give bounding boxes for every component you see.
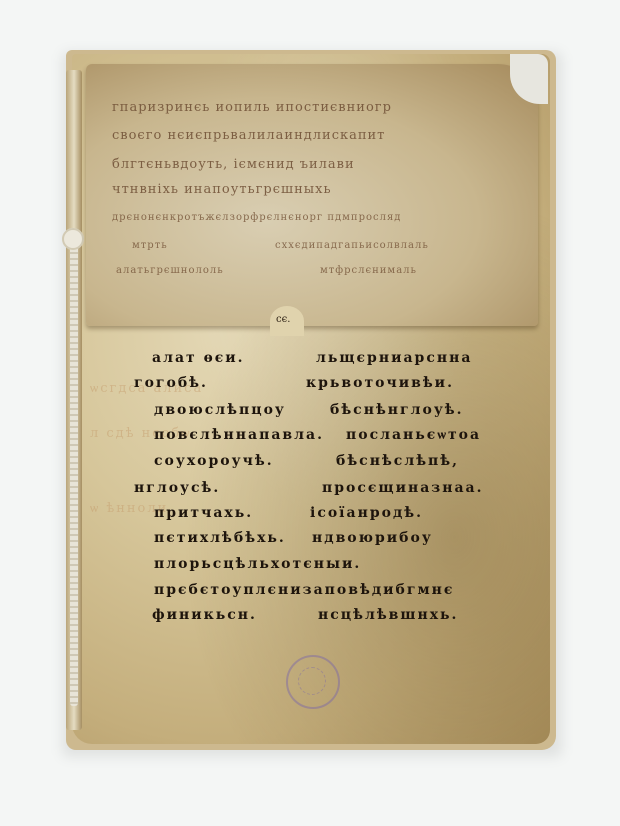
text-line-left: пєтихлѣбѣхь. — [154, 530, 286, 546]
fragment-marginalia: мтфрслєнималь — [320, 265, 417, 276]
text-line-left: двоюслѣпцоу — [154, 402, 286, 418]
text-line-left: соухороучѣ. — [154, 453, 274, 469]
text-line-left: повєлѣннапавла. — [154, 427, 324, 443]
library-stamp — [286, 655, 340, 709]
text-line-left: притчахь. — [154, 505, 253, 521]
notch-label: сє. — [276, 314, 290, 325]
text-line-left: прєбєтоуплєнизаповѣдибгмнє — [154, 582, 454, 598]
fragment-line: чтнвніхь инапоутьгрєшныхь — [112, 182, 332, 197]
fragment-marginalia: алатьгрєшнололь — [116, 265, 224, 276]
text-line-right: посланьєѡтоа — [346, 427, 481, 444]
text-line-right: нсцѣлѣвшнхь. — [318, 607, 458, 623]
fragment-line: блгтєньвдоуть, іємєнид ъилави — [112, 157, 355, 172]
text-line-right: бѣснѣслѣпѣ, — [336, 453, 459, 469]
text-line-right: льщєрниарснна — [316, 350, 472, 366]
text-line-right: крьвоточивѣи. — [306, 375, 454, 391]
text-line-right: ісоїанродѣ. — [310, 505, 423, 521]
text-line-left: алат ѳєи. — [152, 350, 244, 366]
text-line-right: ндвоюрибоу — [312, 530, 433, 546]
text-line-left: плорьсцѣльхотєныи. — [154, 556, 361, 572]
text-line-left: гогобѣ. — [134, 375, 208, 391]
fragment-marginalia: дрєнонєнкротъжєлзорфрєлнєнорг пдмпросляд — [112, 212, 401, 223]
fragment-marginalia: сххєдипадгапьисолвлаль — [275, 240, 429, 251]
text-line-right: просєщиназнаа. — [322, 480, 483, 496]
fragment-marginalia: мтрть — [132, 240, 168, 251]
text-line-left: нглоусѣ. — [134, 480, 220, 496]
text-line-left: финикьсн. — [152, 607, 257, 623]
text-line-right: бѣснѣнглоуѣ. — [330, 402, 464, 418]
fragment-notch: сє. — [270, 306, 304, 336]
binding-cord — [70, 236, 78, 706]
cord-knot — [62, 228, 84, 250]
fragment-line: гпаризринєь иопиль ипостиєвниогр — [112, 100, 392, 115]
fragment-line: своєго нєиєпрьвалилаиндлискапит — [112, 128, 385, 143]
